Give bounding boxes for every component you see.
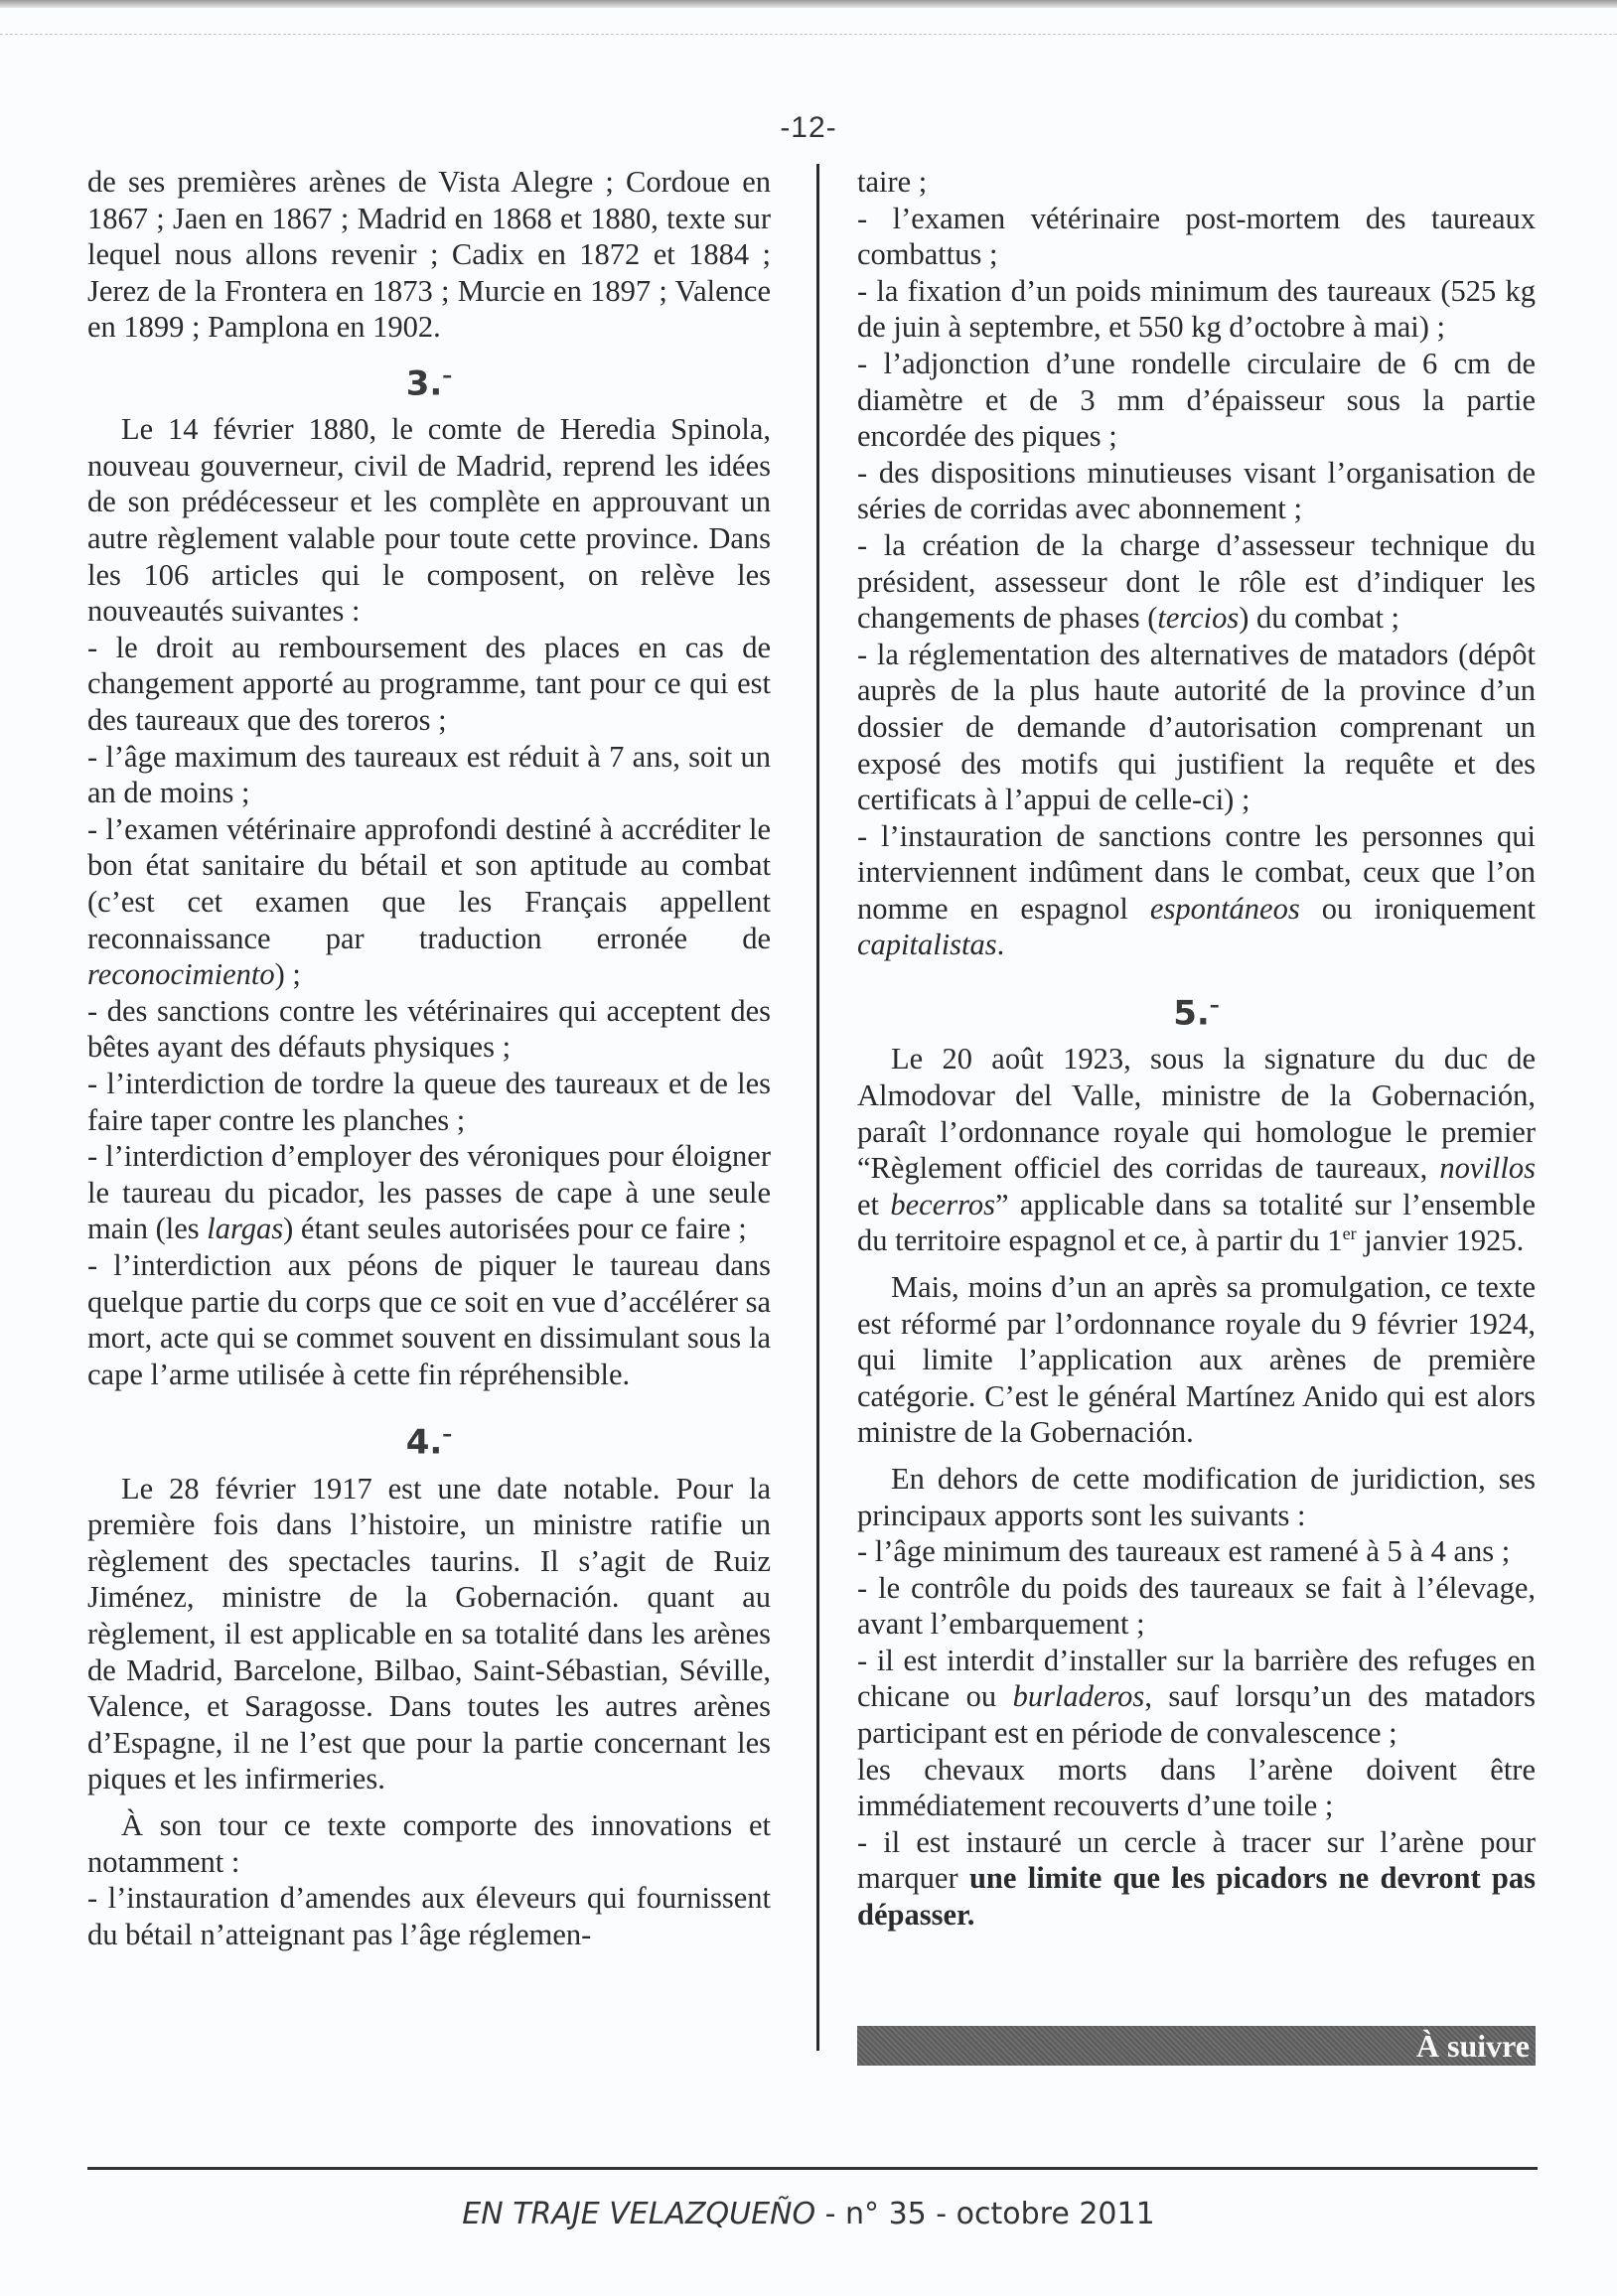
list-item: - l’interdiction aux péons de piquer le …: [87, 1247, 771, 1392]
list-item: - il est instauré un cercle à tracer sur…: [857, 1824, 1536, 1934]
section-4-paragraph-1: Le 28 février 1917 est une date notable.…: [87, 1471, 771, 1797]
list-item: - l’examen vétérinaire post-mortem des t…: [857, 201, 1536, 273]
section-heading-5: 5.–: [857, 985, 1536, 1033]
heading-mark-icon: –: [442, 363, 452, 387]
page-number: -12-: [0, 111, 1617, 145]
list-item: - l’âge maximum des taureaux est réduit …: [87, 739, 771, 811]
continued-banner: À suivre: [857, 2026, 1536, 2066]
list-item: - le droit au remboursement des places e…: [87, 630, 771, 739]
list-item: - l’adjonction d’une rondelle circulaire…: [857, 346, 1536, 455]
issue-number: n° 35: [845, 2197, 927, 2231]
section-5-paragraph-2: Mais, moins d’un an après sa promulgatio…: [857, 1269, 1536, 1451]
list-item: - il est interdit d’installer sur la bar…: [857, 1643, 1536, 1752]
right-column: taire ; - l’examen vétérinaire post-mort…: [857, 164, 1536, 1934]
list-item: - la réglementation des alternatives de …: [857, 637, 1536, 818]
issue-date: octobre 2011: [956, 2197, 1155, 2231]
list-item: - des dispositions minutieuses visant l’…: [857, 455, 1536, 527]
section-3-paragraph: Le 14 février 1880, le comte de Heredia …: [87, 411, 771, 630]
heading-mark-icon: –: [1210, 993, 1220, 1017]
scan-edge: [0, 0, 1617, 8]
list-item: - des sanctions contre les vétérinaires …: [87, 993, 771, 1066]
list-item: - l’âge minimum des taureaux est ramené …: [857, 1533, 1536, 1570]
list-item: - l’instauration d’amendes aux éleveurs …: [87, 1880, 771, 1952]
left-column: de ses premières arènes de Vista Alegre …: [87, 164, 771, 1952]
scan-artifact-line: [0, 34, 1617, 36]
list-item: - le contrôle du poids des taureaux se f…: [857, 1570, 1536, 1643]
list-item: - la création de la charge d’assesseur t…: [857, 527, 1536, 637]
list-item: - l’examen vétérinaire approfondi destin…: [87, 811, 771, 993]
column-divider: [816, 164, 819, 2051]
section-5-paragraph-1: Le 20 août 1923, sous la signature du du…: [857, 1041, 1536, 1259]
section-heading-3: 3.–: [87, 356, 771, 403]
continuation-text: taire ;: [857, 164, 1536, 201]
section-4-paragraph-2: À son tour ce texte comporte des innovat…: [87, 1807, 771, 1880]
list-item: les chevaux morts dans l’arène doivent ê…: [857, 1752, 1536, 1824]
list-item: - l’interdiction de tordre la queue des …: [87, 1066, 771, 1138]
heading-mark-icon: –: [442, 1422, 452, 1446]
list-item: - l’interdiction d’employer des véroniqu…: [87, 1138, 771, 1247]
footer: EN TRAJE VELAZQUEÑO - n° 35 - octobre 20…: [0, 2197, 1617, 2231]
publication-name: EN TRAJE VELAZQUEÑO: [462, 2197, 815, 2231]
list-item: - la fixation d’un poids minimum des tau…: [857, 273, 1536, 346]
section-5-paragraph-3: En dehors de cette modification de jurid…: [857, 1461, 1536, 1533]
section-heading-4: 4.–: [87, 1414, 771, 1462]
footer-rule: [87, 2167, 1538, 2170]
intro-paragraph: de ses premières arènes de Vista Alegre …: [87, 164, 771, 346]
list-item: - l’instauration de sanctions contre les…: [857, 818, 1536, 963]
